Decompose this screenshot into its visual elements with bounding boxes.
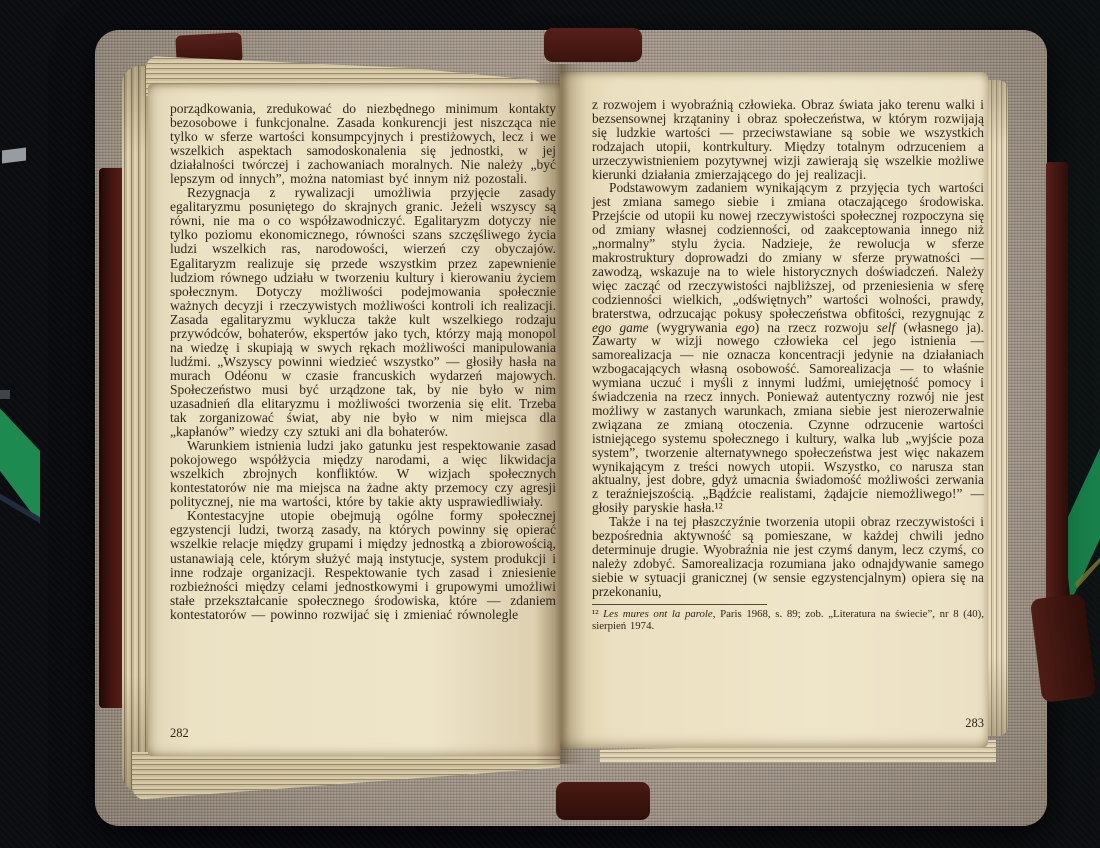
gray-dash-middle: [0, 390, 10, 399]
text-segment: (wygrywania: [648, 320, 735, 335]
paragraph: Warunkiem istnienia ludzi jako gatunku j…: [170, 439, 556, 509]
left-page-text: porządkowania, zredukować do niezbędnego…: [170, 102, 556, 622]
paragraph: Podstawowym zadaniem wynikającym z przyj…: [592, 181, 984, 515]
paragraph: Kontestacyjne utopie obejmują ogólne for…: [170, 509, 556, 621]
text-segment: Podstawowym zadaniem wynikającym z przyj…: [592, 180, 984, 320]
leather-corner-bottom-right: [1030, 593, 1096, 703]
leather-spine-top: [544, 28, 642, 62]
paragraph: Rezygnacja z rywalizacji umożliwia przyj…: [170, 186, 556, 439]
paragraph: porządkowania, zredukować do niezbędnego…: [170, 102, 556, 186]
right-page-text: z rozwojem i wyobraźnią człowieka. Obraz…: [592, 98, 984, 633]
text-segment-italic: ego: [735, 320, 754, 335]
leather-edge-right: [1046, 162, 1068, 614]
footnote: ¹² Les mures ont la parole, Paris 1968, …: [592, 608, 984, 634]
footnote-rule: [592, 604, 767, 605]
leather-spine-bottom: [556, 782, 650, 820]
footnote-title-italic: Les mures ont la parole: [603, 608, 713, 620]
text-segment-italic: ego game: [592, 320, 648, 335]
text-segment: ) na rzecz rozwoju: [755, 320, 877, 335]
book-photo: porządkowania, zredukować do niezbędnego…: [0, 0, 1100, 848]
page-number-right: 283: [912, 716, 984, 731]
gray-dash-top: [2, 148, 26, 164]
paragraph: Także i na tej płaszczyźnie tworzenia ut…: [592, 515, 984, 598]
page-number-left: 282: [170, 726, 189, 741]
paragraph: z rozwojem i wyobraźnią człowieka. Obraz…: [592, 98, 984, 181]
text-segment-italic: self: [877, 320, 896, 335]
footnote-marker: ¹²: [592, 608, 603, 620]
text-segment: (własnego ja). Zawarty w wizji nowego cz…: [592, 320, 984, 516]
